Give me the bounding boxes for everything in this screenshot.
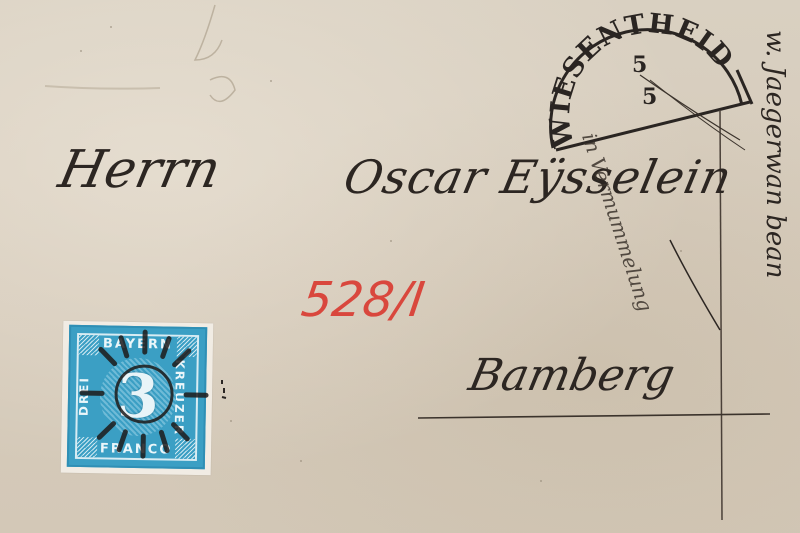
address-city: Bamberg — [465, 350, 680, 401]
address-underline — [418, 414, 770, 418]
address-salutation: Herrn — [54, 140, 226, 200]
cancel-marks — [222, 380, 226, 398]
numeral-cancel — [61, 321, 214, 476]
postage-stamp: BAYERN DREI KREUZER 3 FRANCO — [61, 321, 214, 476]
address-name: Oscar Eÿsselein — [339, 150, 737, 204]
reference-number: 528/I — [298, 272, 428, 328]
pencil-mark — [45, 86, 160, 89]
postal-cover: WIESENTHEID 5 5 Herrn Oscar Eÿsselein Ba… — [0, 0, 800, 533]
pen-stroke — [670, 240, 720, 330]
pencil-mark — [195, 5, 235, 101]
margin-note: w. Jaegerwan bean — [760, 30, 790, 279]
postmark-month: 5 — [642, 84, 657, 110]
postmark-day: 5 — [632, 52, 647, 78]
